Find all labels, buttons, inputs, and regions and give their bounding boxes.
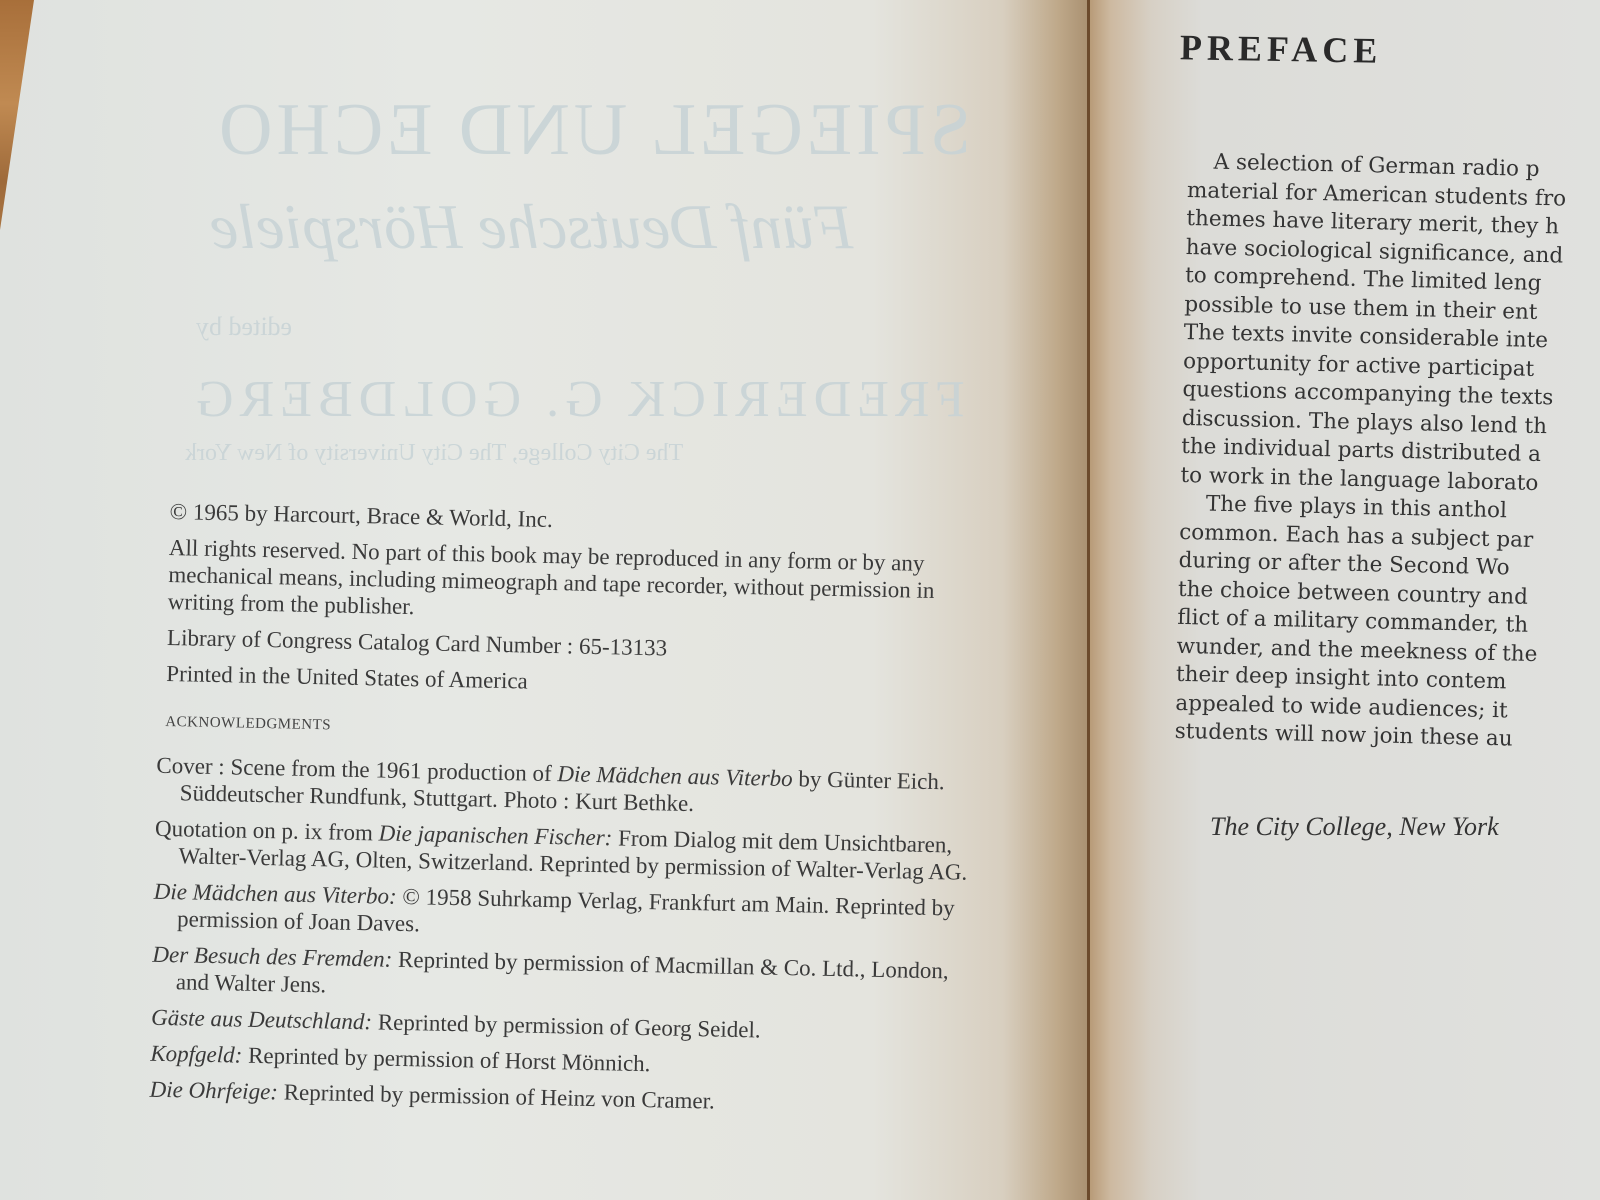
- printed-in: Printed in the United States of America: [166, 660, 986, 704]
- show-through-title: SPIEGEL UND ECHO: [215, 88, 971, 173]
- acknowledgment-item: Die Mädchen aus Viterbo: © 1958 Suhrkamp…: [153, 878, 982, 949]
- catalog-number: Library of Congress Catalog Card Number …: [167, 624, 987, 668]
- show-through-affiliation: The City College, The City University of…: [185, 440, 683, 467]
- preface-signature: The City College, New York: [1210, 812, 1499, 842]
- copyright-block: © 1965 by Harcourt, Brace & World, Inc. …: [157, 498, 990, 1129]
- acknowledgments-heading: ACKNOWLEDGMENTS: [165, 709, 985, 753]
- show-through-subtitle: Fünf Deutsche Hörspiele: [210, 190, 853, 264]
- acknowledgment-item: Cover : Scene from the 1961 production o…: [156, 752, 985, 823]
- acknowledgment-item: Der Besuch des Fremden: Reprinted by per…: [152, 941, 981, 1012]
- acknowledgment-item: Quotation on p. ix from Die japanischen …: [154, 815, 983, 886]
- preface-body: A selection of German radio p material f…: [1174, 148, 1600, 757]
- acknowledgments-list: Cover : Scene from the 1961 production o…: [149, 752, 984, 1120]
- rights-text: All rights reserved. No part of this boo…: [168, 534, 990, 632]
- show-through-edited-by: edited by: [196, 312, 292, 342]
- preface-title: PREFACE: [1180, 26, 1383, 72]
- show-through-editor: FREDERICK G. GOLDBERG: [190, 370, 965, 429]
- acknowledgment-item: Die Ohrfeige: Reprinted by permission of…: [149, 1076, 977, 1120]
